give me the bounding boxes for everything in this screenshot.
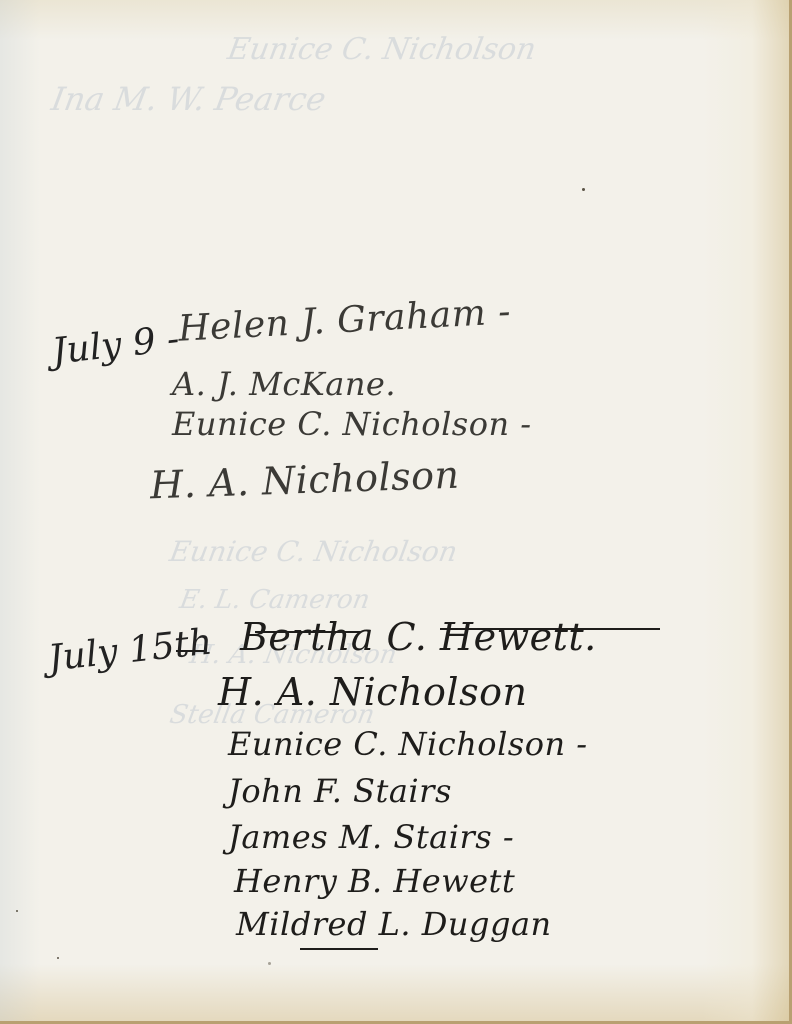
date-underline xyxy=(176,650,204,652)
guest-name: H. A. Nicholson xyxy=(218,670,527,714)
paper-speck xyxy=(57,957,59,959)
paper-speck xyxy=(268,962,271,965)
guest-name: Eunice C. Nicholson - xyxy=(172,405,532,443)
flourish-line xyxy=(440,628,660,630)
guest-name: H. A. Nicholson xyxy=(149,453,460,508)
register-page: Eunice C. Nicholson Ina M. W. Pearce Eun… xyxy=(0,0,792,1024)
guest-name: Mildred L. Duggan xyxy=(236,905,552,943)
show-through-text: Eunice C. Nicholson xyxy=(225,32,539,67)
show-through-text: E. L. Cameron xyxy=(177,585,372,615)
flourish-line xyxy=(255,631,360,633)
guest-name: James M. Stairs - xyxy=(228,818,514,856)
guest-name: Henry B. Hewett xyxy=(234,862,515,900)
paper-speck xyxy=(582,188,585,191)
guest-name: A. J. McKane. xyxy=(172,365,396,403)
guest-name: John F. Stairs xyxy=(228,772,452,810)
paper-speck xyxy=(16,910,18,912)
guest-name: Eunice C. Nicholson - xyxy=(228,725,588,763)
guest-name: Bertha C. Hewett. xyxy=(240,615,597,659)
entry-date: July 9 - xyxy=(50,318,181,372)
signature-underline xyxy=(300,948,378,950)
show-through-text: Ina M. W. Pearce xyxy=(49,80,329,118)
guest-name: Helen J. Graham - xyxy=(177,291,512,349)
show-through-text: Eunice C. Nicholson xyxy=(167,535,460,568)
